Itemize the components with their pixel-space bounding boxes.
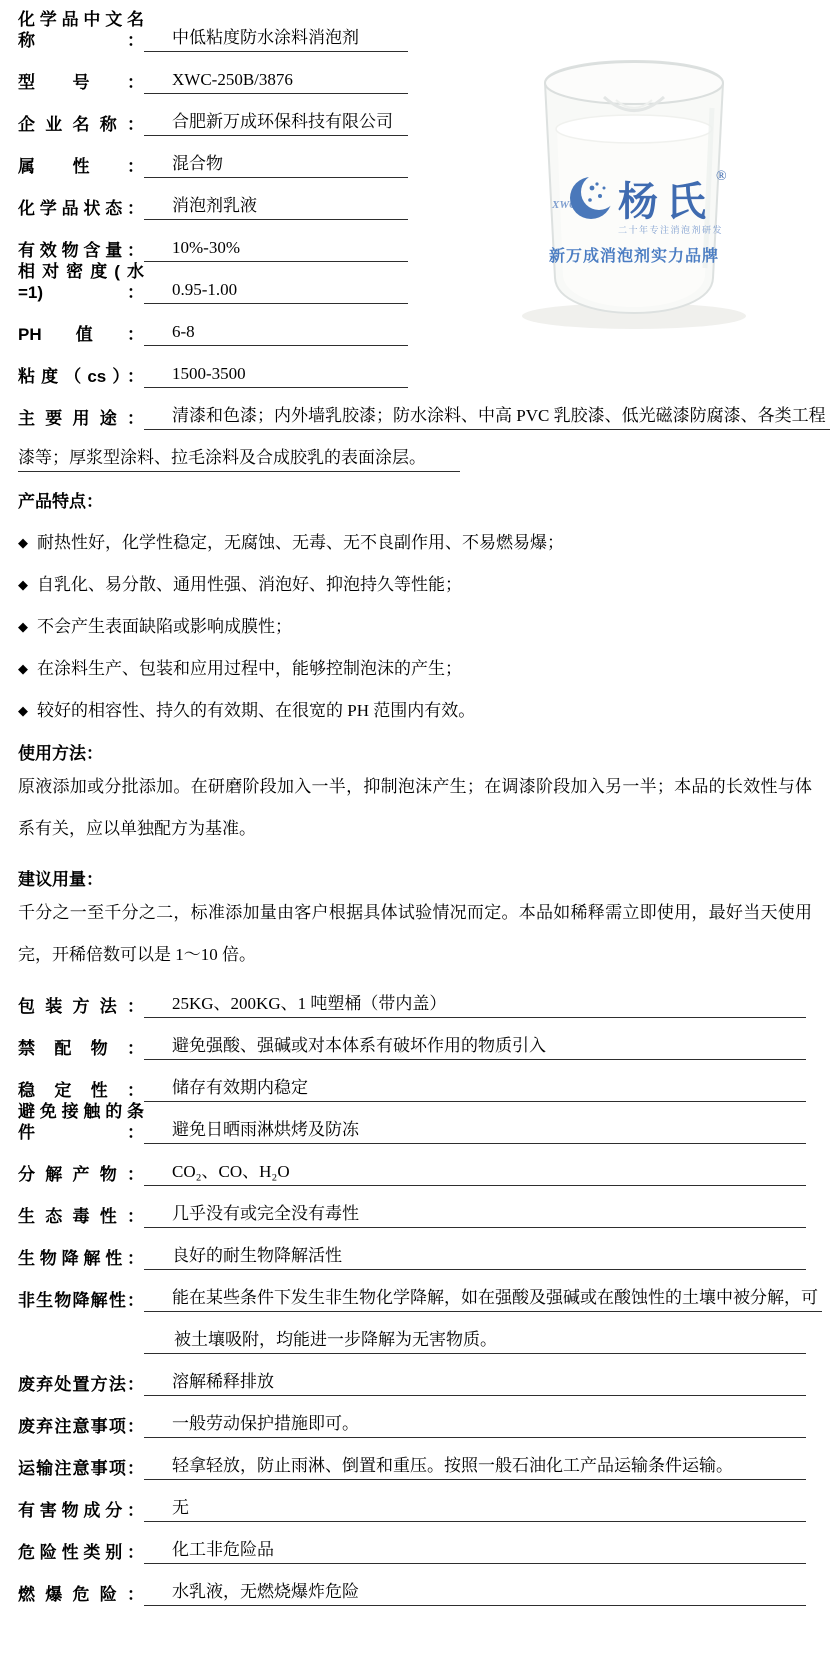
feature-item: ◆ 耐热性好，化学性稳定，无腐蚀、无毒、无不良副作用、不易燃易爆； — [18, 514, 812, 556]
diamond-bullet-icon: ◆ — [18, 659, 28, 683]
brand-tagline: 二十年专注消泡剂研发 — [618, 224, 723, 235]
field-row-decomposition-products: 分解产物： CO₂、CO、H₂O — [18, 1144, 812, 1186]
field-value: 几乎没有或完全没有毒性 — [144, 1203, 806, 1228]
field-value: 良好的耐生物降解活性 — [144, 1245, 806, 1270]
feature-item: ◆ 较好的相容性、持久的有效期、在很宽的 PH 范围内有效。 — [18, 682, 812, 724]
field-row-non-biodegradability: 非生物降解性： 能在某些条件下发生非生物化学降解，如在强酸及强碱或在酸蚀性的土壤… — [18, 1270, 812, 1312]
field-value: 避免强酸、强碱或对本体系有破坏作用的物质引入 — [144, 1035, 806, 1060]
field-label: 分解产物： — [18, 1164, 144, 1186]
field-label: 包装方法： — [18, 996, 144, 1018]
field-label: 相对密度(水=1)： — [18, 261, 144, 305]
field-row-main-use: 主要用途： 清漆和色漆；内外墙乳胶漆；防水涂料、中高 PVC 乳胶漆、低光磁漆防… — [18, 388, 812, 430]
section-usage: 使用方法： — [18, 724, 812, 766]
field-value: 25KG、200KG、1 吨塑桶（带内盖） — [144, 993, 806, 1018]
field-label: 废弃注意事项： — [18, 1416, 144, 1438]
field-value: XWC-250B/3876 — [144, 69, 408, 94]
diamond-bullet-icon: ◆ — [18, 617, 28, 641]
feature-text: 不会产生表面缺陷或影响成膜性； — [37, 616, 292, 640]
field-row-harmful-components: 有害物成分： 无 — [18, 1480, 812, 1522]
field-label: 避免接触的条件： — [18, 1101, 144, 1145]
field-label: 燃爆危险： — [18, 1584, 144, 1606]
field-value: 溶解稀释排放 — [144, 1371, 806, 1396]
field-label: 属性： — [18, 156, 144, 178]
field-row-biodegradability: 生物降解性： 良好的耐生物降解活性 — [18, 1228, 812, 1270]
section-features: 产品特点： — [18, 472, 812, 514]
field-value: 中低粘度防水涂料消泡剂 — [144, 27, 408, 52]
field-label: 禁配物： — [18, 1038, 144, 1060]
field-value: 清漆和色漆；内外墙乳胶漆；防水涂料、中高 PVC 乳胶漆、低光磁漆防腐漆、各类工… — [144, 405, 830, 430]
field-value: 避免日晒雨淋烘烤及防冻 — [144, 1119, 806, 1144]
feature-item: ◆ 不会产生表面缺陷或影响成膜性； — [18, 598, 812, 640]
section-heading: 建议用量： — [18, 869, 103, 892]
field-value: 无 — [144, 1497, 806, 1522]
field-label: 有效物含量： — [18, 240, 144, 262]
field-row-stability: 稳定性： 储存有效期内稳定 — [18, 1060, 812, 1102]
field-value: 水乳液，无燃烧爆炸危险 — [144, 1581, 806, 1606]
feature-text: 耐热性好，化学性稳定，无腐蚀、无毒、无不良副作用、不易燃易爆； — [37, 532, 564, 556]
field-label: 化学品中文名称： — [18, 9, 144, 53]
field-value: 0.95-1.00 — [144, 279, 408, 304]
field-value: 化工非危险品 — [144, 1539, 806, 1564]
field-row-conditions-to-avoid: 避免接触的条件： 避免日晒雨淋烘烤及防冻 — [18, 1102, 812, 1144]
beaker-rim — [545, 62, 723, 104]
field-value: 消泡剂乳液 — [144, 195, 408, 220]
brand-slogan: 新万成消泡剂实力品牌 — [549, 246, 719, 265]
feature-text: 自乳化、易分散、通用性强、消泡好、抑泡持久等性能； — [37, 574, 462, 598]
field-row-eco-toxicity: 生态毒性： 几乎没有或完全没有毒性 — [18, 1186, 812, 1228]
field-row-non-biodegradability-cont: 被土壤吸附，均能进一步降解为无害物质。 — [18, 1312, 812, 1354]
feature-text: 较好的相容性、持久的有效期、在很宽的 PH 范围内有效。 — [37, 700, 475, 724]
field-value: 轻拿轻放，防止雨淋、倒置和重压。按照一般石油化工产品运输条件运输。 — [144, 1455, 806, 1480]
field-value-continuation: 被土壤吸附，均能进一步降解为无害物质。 — [144, 1329, 806, 1354]
field-label: 型号： — [18, 72, 144, 94]
diamond-bullet-icon: ◆ — [18, 575, 28, 599]
field-value: 10%-30% — [144, 237, 408, 262]
field-value-continuation: 漆等；厚浆型涂料、拉毛涂料及合成胶乳的表面涂层。 — [18, 447, 460, 472]
feature-item: ◆ 在涂料生产、包装和应用过程中，能够控制泡沫的产生； — [18, 640, 812, 682]
registered-mark-icon: ® — [716, 169, 727, 184]
feature-text: 在涂料生产、包装和应用过程中，能够控制泡沫的产生； — [37, 658, 462, 682]
field-label: 主要用途： — [18, 408, 144, 430]
usage-paragraph: 原液添加或分批添加。在研磨阶段加入一半，抑制泡沫产生；在调漆阶段加入另一半；本品… — [18, 766, 812, 850]
diamond-bullet-icon: ◆ — [18, 533, 28, 557]
field-value: 混合物 — [144, 153, 408, 178]
field-label: 粘度（cs）： — [18, 366, 144, 388]
field-label: 非生物降解性： — [18, 1290, 144, 1312]
field-row-explosion-hazard: 燃爆危险： 水乳液，无燃烧爆炸危险 — [18, 1564, 812, 1606]
brand-name: 杨氏 — [618, 179, 714, 224]
field-label: PH值： — [18, 324, 144, 346]
field-value: 合肥新万成环保科技有限公司 — [144, 111, 408, 136]
field-label: 有害物成分： — [18, 1500, 144, 1522]
product-photo: XWC 杨氏 ® 二十年专注消泡剂研发 新万成消泡剂实力品牌 — [512, 28, 762, 334]
field-value: 一般劳动保护措施即可。 — [144, 1413, 806, 1438]
field-row-disposal-precautions: 废弃注意事项： 一般劳动保护措施即可。 — [18, 1396, 812, 1438]
section-heading: 产品特点： — [18, 491, 103, 514]
field-value: CO₂、CO、H₂O — [144, 1161, 806, 1186]
beaker-illustration: XWC 杨氏 ® 二十年专注消泡剂研发 新万成消泡剂实力品牌 — [512, 28, 762, 334]
field-value: 储存有效期内稳定 — [144, 1077, 806, 1102]
field-row-hazard-class: 危险性类别： 化工非危险品 — [18, 1522, 812, 1564]
field-row-disposal-method: 废弃处置方法： 溶解稀释排放 — [18, 1354, 812, 1396]
field-value: 1500-3500 — [144, 363, 408, 388]
dosage-paragraph: 千分之一至千分之二，标准添加量由客户根据具体试验情况而定。本品如稀释需立即使用，… — [18, 892, 812, 976]
field-value: 6-8 — [144, 321, 408, 346]
liquid-surface — [556, 115, 712, 143]
field-row-transport-precautions: 运输注意事项： 轻拿轻放，防止雨淋、倒置和重压。按照一般石油化工产品运输条件运输… — [18, 1438, 812, 1480]
field-label: 稳定性： — [18, 1080, 144, 1102]
field-row-incompatibles: 禁配物： 避免强酸、强碱或对本体系有破坏作用的物质引入 — [18, 1018, 812, 1060]
field-label: 生态毒性： — [18, 1206, 144, 1228]
field-label: 危险性类别： — [18, 1542, 144, 1564]
field-label: 生物降解性： — [18, 1248, 144, 1270]
field-label: 化学品状态： — [18, 198, 144, 220]
diamond-bullet-icon: ◆ — [18, 701, 28, 725]
field-label: 废弃处置方法： — [18, 1374, 144, 1396]
field-row-packaging: 包装方法： 25KG、200KG、1 吨塑桶（带内盖） — [18, 976, 812, 1018]
section-heading: 使用方法： — [18, 743, 103, 766]
section-dosage: 建议用量： — [18, 850, 812, 892]
field-label: 运输注意事项： — [18, 1458, 144, 1480]
field-label: 企业名称： — [18, 114, 144, 136]
field-row-main-use-cont: 漆等；厚浆型涂料、拉毛涂料及合成胶乳的表面涂层。 — [18, 430, 812, 472]
field-row-viscosity: 粘度（cs）： 1500-3500 — [18, 346, 812, 388]
feature-item: ◆ 自乳化、易分散、通用性强、消泡好、抑泡持久等性能； — [18, 556, 812, 598]
field-value: 能在某些条件下发生非生物化学降解，如在强酸及强碱或在酸蚀性的土壤中被分解，可 — [144, 1287, 822, 1312]
product-spec-document: XWC 杨氏 ® 二十年专注消泡剂研发 新万成消泡剂实力品牌 — [0, 0, 830, 1668]
